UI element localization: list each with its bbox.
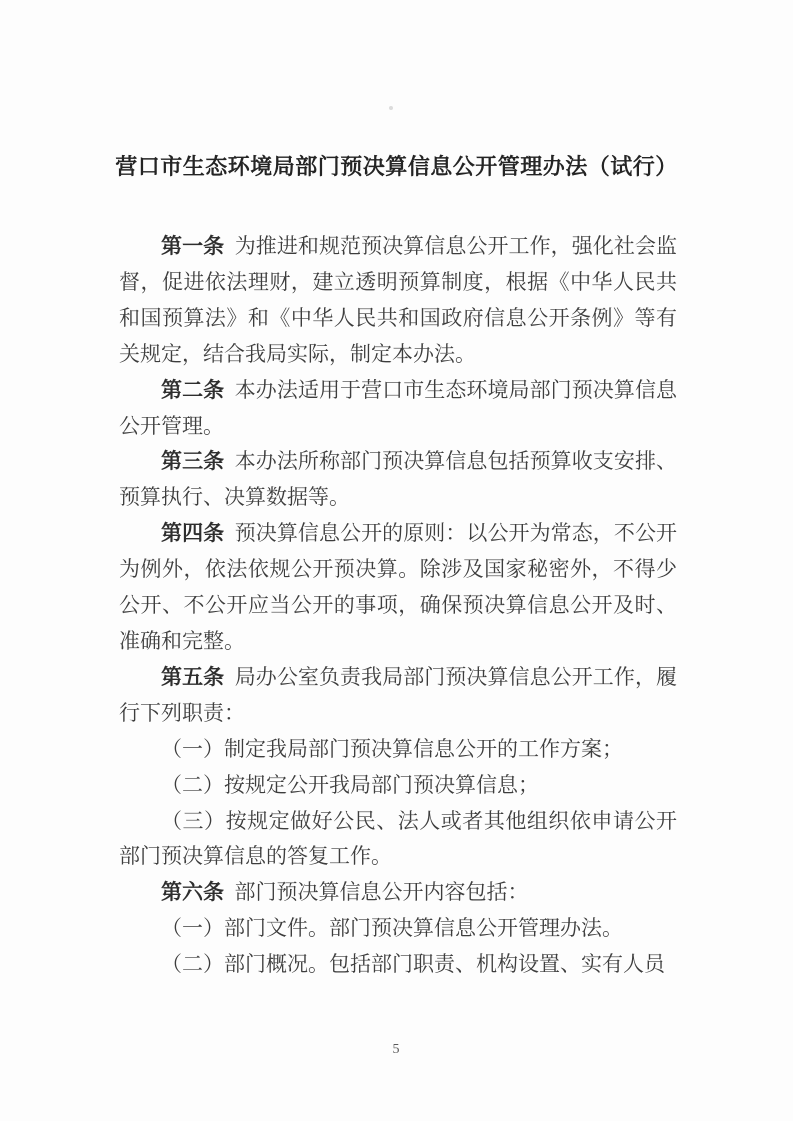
- paragraph: 第二条本办法适用于营口市生态环境局部门预决算信息公开管理。: [119, 373, 677, 445]
- paragraph-text: 部门预决算信息公开内容包括：: [235, 880, 529, 904]
- article-label: 第六条: [161, 880, 224, 904]
- article-label: 第一条: [161, 234, 224, 258]
- document-page: 营口市生态环境局部门预决算信息公开管理办法（试行） 第一条为推进和规范预决算信息…: [0, 0, 793, 1121]
- document-title: 营口市生态环境局部门预决算信息公开管理办法（试行）: [60, 150, 733, 181]
- scan-artifact-dot: [389, 106, 393, 110]
- list-item: （一）部门文件。部门预决算信息公开管理办法。: [119, 911, 677, 947]
- article-label: 第三条: [161, 449, 224, 473]
- paragraph: 第六条部门预决算信息公开内容包括：: [119, 875, 677, 911]
- paragraph: 第五条局办公室负责我局部门预决算信息公开工作，履行下列职责：: [119, 660, 677, 732]
- paragraph-text: （一）制定我局部门预决算信息公开的工作方案；: [161, 737, 623, 761]
- list-item: （二）部门概况。包括部门职责、机构设置、实有人员: [119, 947, 677, 983]
- paragraph: 第一条为推进和规范预决算信息公开工作，强化社会监督，促进依法理财，建立透明预算制…: [119, 229, 677, 373]
- paragraph: 第四条预决算信息公开的原则：以公开为常态，不公开为例外，依法依规公开预决算。除涉…: [119, 516, 677, 660]
- document-body: 第一条为推进和规范预决算信息公开工作，强化社会监督，促进依法理财，建立透明预算制…: [119, 229, 677, 983]
- article-label: 第二条: [161, 378, 224, 402]
- page-number: 5: [0, 1042, 793, 1058]
- paragraph-text: （一）部门文件。部门预决算信息公开管理办法。: [161, 916, 623, 940]
- list-item: （一）制定我局部门预决算信息公开的工作方案；: [119, 732, 677, 768]
- paragraph: 第三条本办法所称部门预决算信息包括预算收支安排、预算执行、决算数据等。: [119, 444, 677, 516]
- article-label: 第四条: [161, 521, 224, 545]
- paragraph-text: （二）按规定公开我局部门预决算信息；: [161, 773, 539, 797]
- list-item: （二）按规定公开我局部门预决算信息；: [119, 768, 677, 804]
- article-label: 第五条: [161, 665, 224, 689]
- list-item: （三）按规定做好公民、法人或者其他组织依申请公开部门预决算信息的答复工作。: [119, 804, 677, 876]
- paragraph-text: （二）部门概况。包括部门职责、机构设置、实有人员: [161, 952, 665, 976]
- paragraph-text: （三）按规定做好公民、法人或者其他组织依申请公开部门预决算信息的答复工作。: [119, 809, 677, 869]
